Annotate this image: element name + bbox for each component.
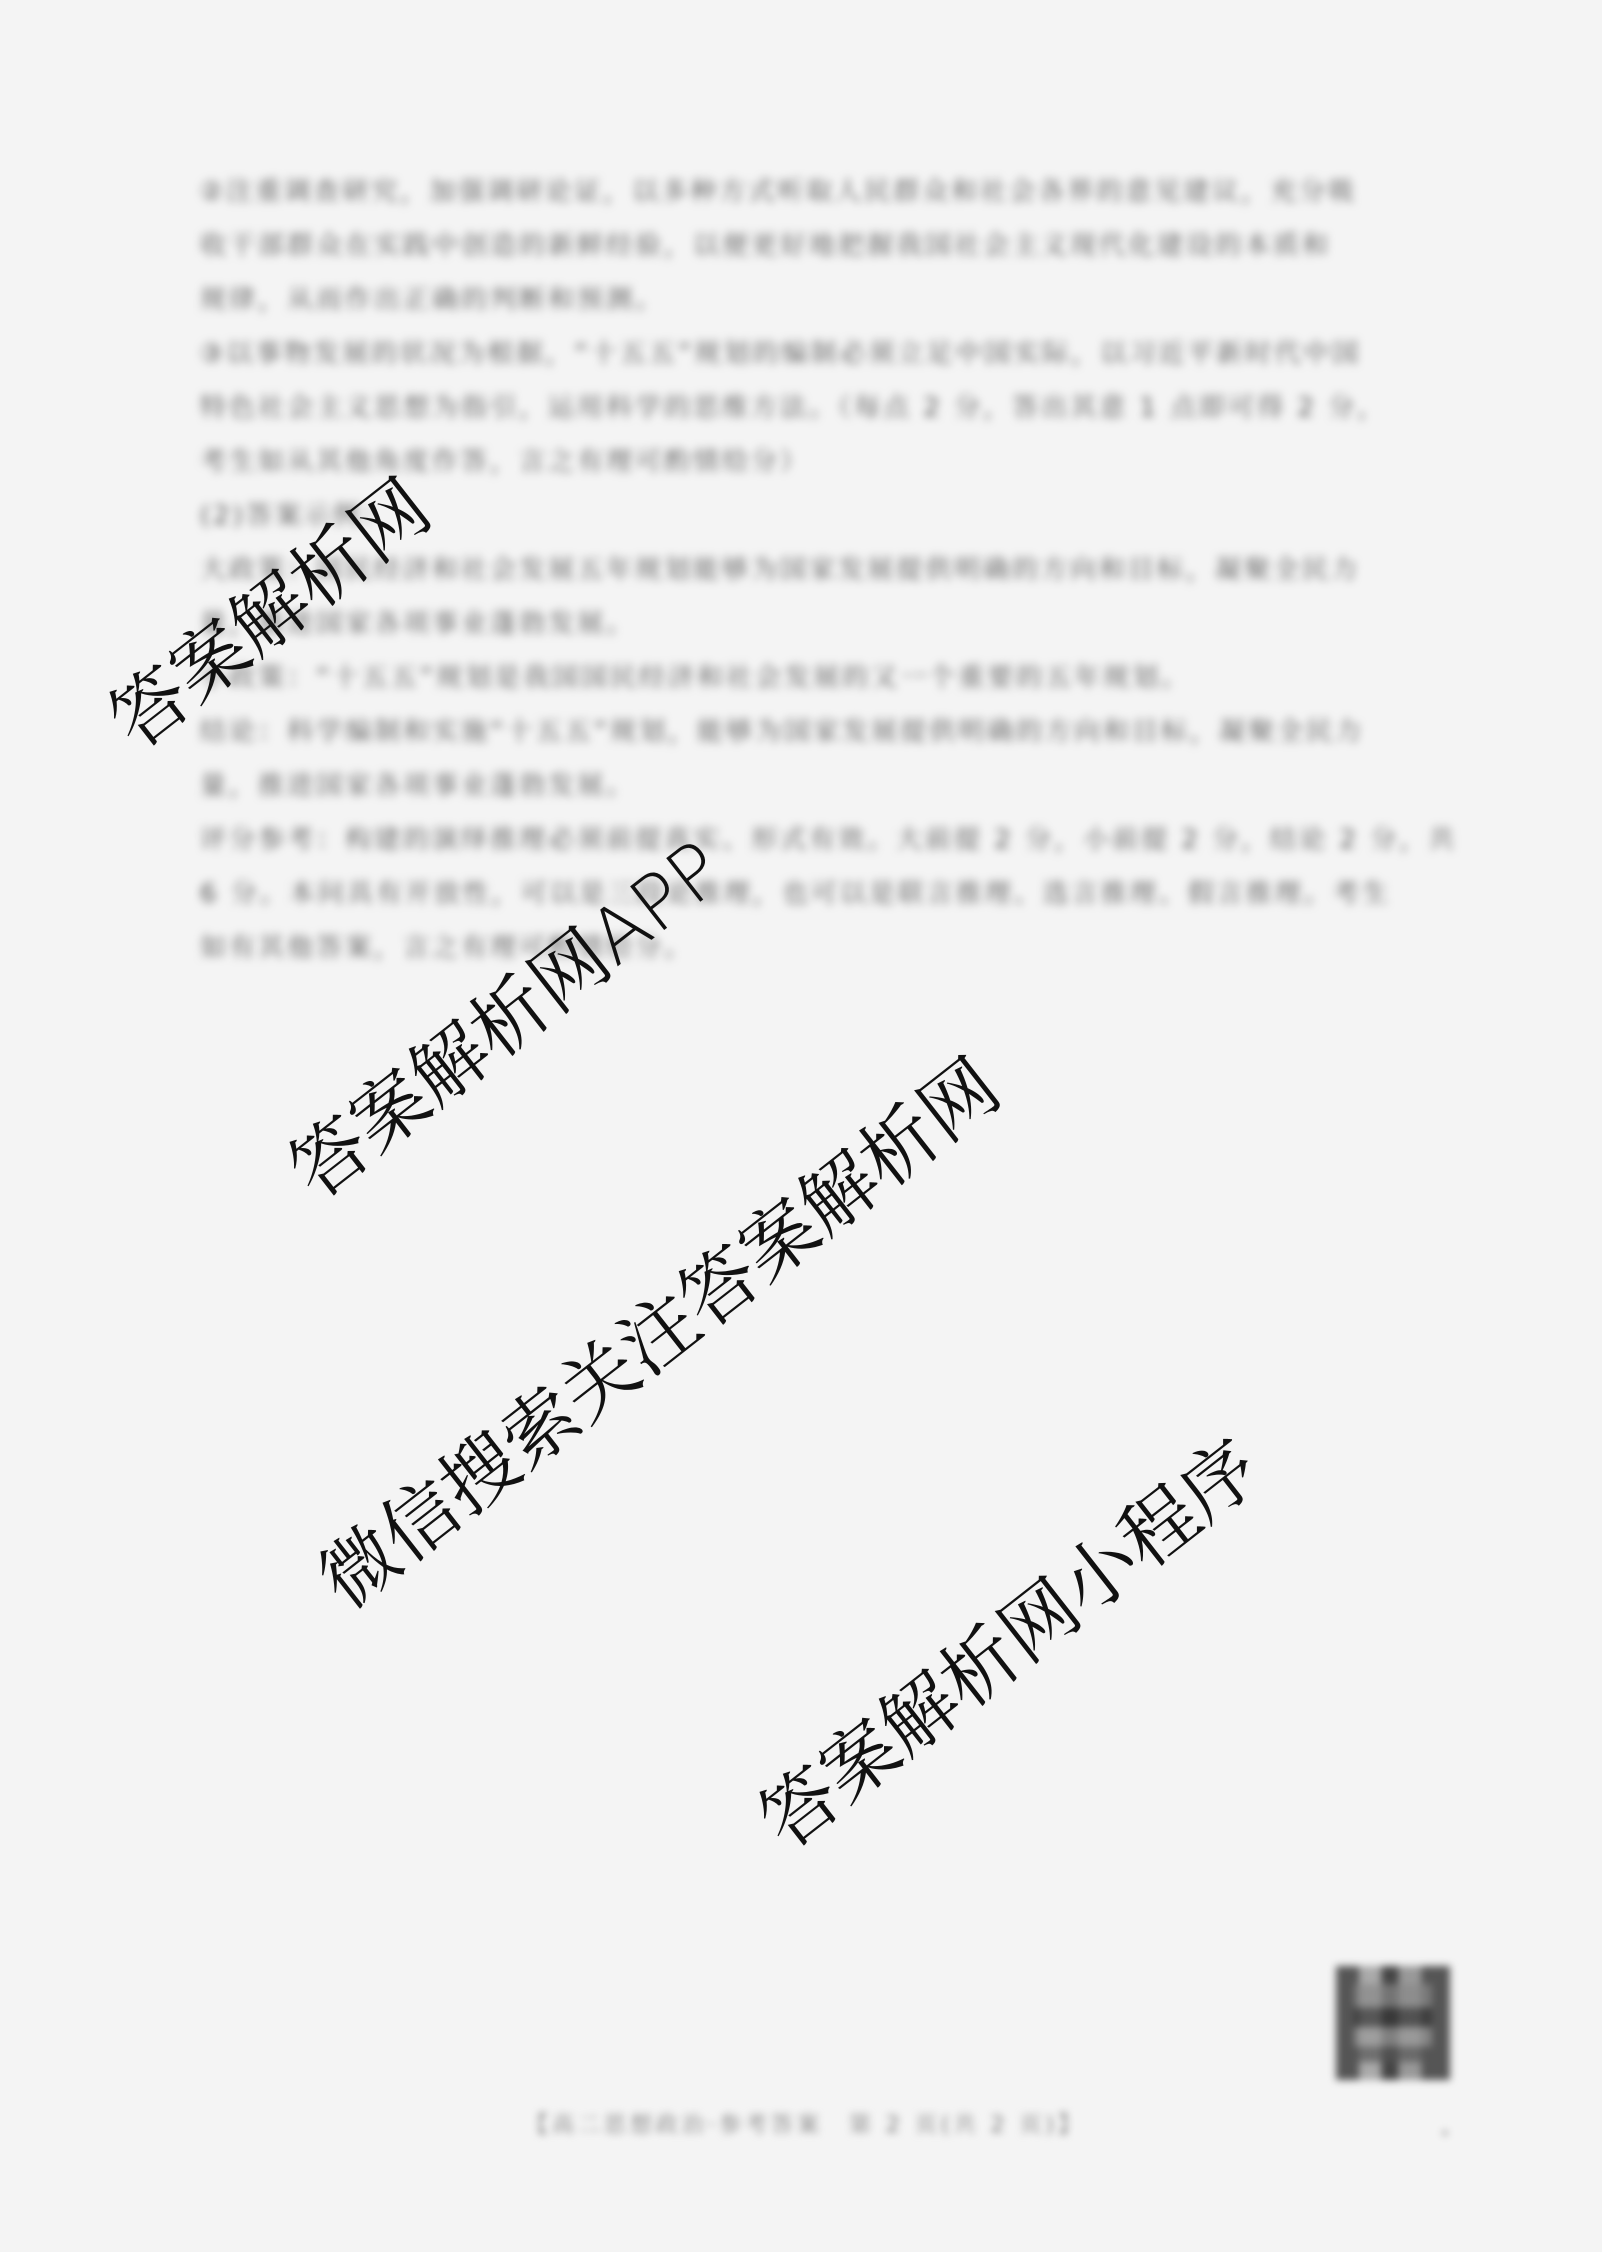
body-line-text: 6 分。本问具有开放性，可以是三段论推理，也可以是联言推理、选言推理、假言推理。… xyxy=(200,879,1391,909)
qr-code-icon xyxy=(1336,1966,1450,2080)
body-line: 规律，从而作出正确的判断和预测。 xyxy=(200,273,710,327)
body-line-text: ②注重调查研究，加强调研论证，以多种方式听取人民群众和社会各界的意见建议，充分吸 xyxy=(200,177,1357,207)
body-line-text: 规律，从而作出正确的判断和预测。 xyxy=(200,285,664,315)
page-footer: 【高二思想政治·参考答案 第 2 页(共 2 页)】 xyxy=(520,2108,1090,2142)
body-line-text: 考生如从其他角度作答，言之有理可酌情给分） xyxy=(200,447,809,477)
body-line-text: 结论：科学编制和实施“十五五”规划，能够为国家发展提供明确的方向和目标，凝聚全民… xyxy=(200,717,1364,747)
body-line: 评分参考：构建的演绎推理必须前提真实、形式有效。大前提 2 分，小前提 2 分，… xyxy=(200,813,1460,867)
body-line: 结论：科学编制和实施“十五五”规划，能够为国家发展提供明确的方向和目标，凝聚全民… xyxy=(200,705,1460,759)
watermark-mini-program: 答案解析网小程序 xyxy=(733,1409,1279,1869)
body-line: 小政策：“十五五”规划是我国国民经济和社会发展的又一个重要的五年规划。 xyxy=(200,651,1260,705)
body-line: 量，推进国家各项事业蓬勃发展。 xyxy=(200,759,650,813)
body-line-text: 评分参考：构建的演绎推理必须前提真实、形式有效。大前提 2 分，小前提 2 分，… xyxy=(200,825,1457,855)
body-line: ③以事物发展的状况为根据，“十五五”规划的编制必须立足中国实际，以习近平新时代中… xyxy=(200,327,1460,381)
document-page: ②注重调查研究，加强调研论证，以多种方式听取人民群众和社会各界的意见建议，充分吸… xyxy=(0,0,1602,2252)
body-line-text: 量，推进国家各项事业蓬勃发展。 xyxy=(200,771,635,801)
body-line: 特色社会主义思想为指引，运用科学的思维方法。（每点 2 分，答出其意 1 点即可… xyxy=(200,381,1460,435)
body-line: 收干部群众在实践中创造的新鲜经验，以便更好地把握我国社会主义现代化建设的本质和 xyxy=(200,219,1460,273)
body-line-text: 收干部群众在实践中创造的新鲜经验，以便更好地把握我国社会主义现代化建设的本质和 xyxy=(200,231,1331,261)
body-line: 考生如从其他角度作答，言之有理可酌情给分） xyxy=(200,435,860,489)
body-line-text: ③以事物发展的状况为根据，“十五五”规划的编制必须立足中国实际，以习近平新时代中… xyxy=(200,339,1361,369)
body-line-text: 小政策：“十五五”规划是我国国民经济和社会发展的又一个重要的五年规划。 xyxy=(200,663,1190,693)
body-line: ②注重调查研究，加强调研论证，以多种方式听取人民群众和社会各界的意见建议，充分吸 xyxy=(200,165,1460,219)
body-line-text: 特色社会主义思想为指引，运用科学的思维方法。（每点 2 分，答出其意 1 点即可… xyxy=(200,393,1386,423)
body-line: 6 分。本问具有开放性，可以是三段论推理，也可以是联言推理、选言推理、假言推理。… xyxy=(200,867,1460,921)
page-mark xyxy=(1440,2128,1450,2138)
